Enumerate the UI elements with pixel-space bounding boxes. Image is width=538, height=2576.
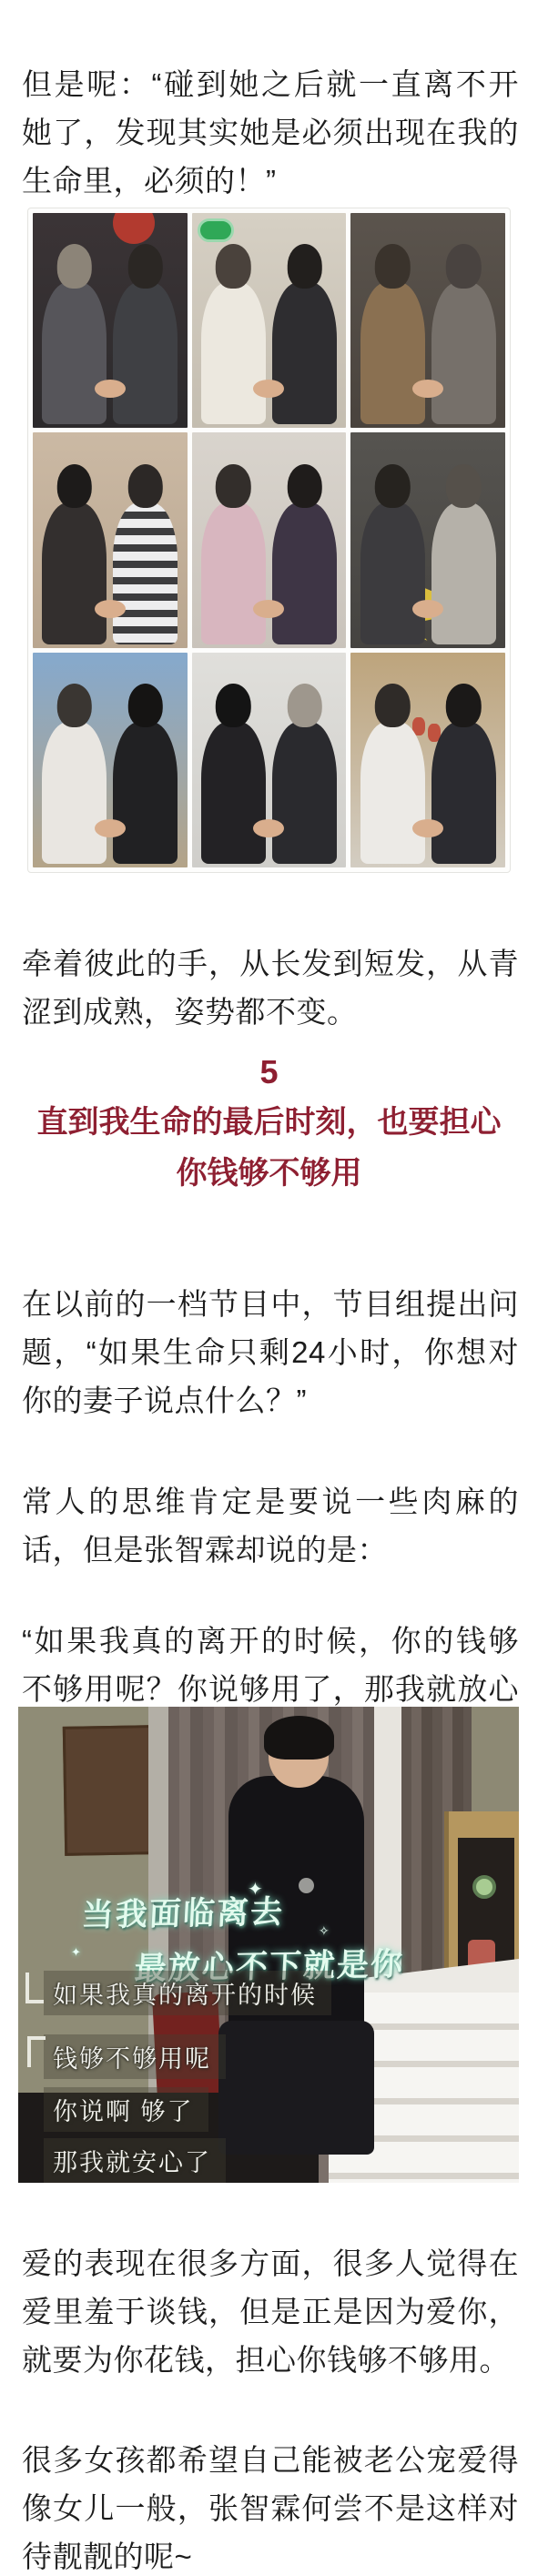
couple-photo-3 bbox=[350, 213, 505, 428]
person-silhouette bbox=[431, 722, 496, 864]
collage-grid bbox=[33, 213, 505, 867]
person-silhouette bbox=[360, 282, 425, 424]
couple-photo-4 bbox=[33, 432, 188, 647]
subtitle-line-3: 你说啊 够了 bbox=[44, 2087, 208, 2132]
couple-photo-1 bbox=[33, 213, 188, 428]
person-silhouette bbox=[431, 502, 496, 644]
person-head bbox=[446, 244, 481, 288]
person-silhouette bbox=[113, 722, 178, 864]
couple-photo-5 bbox=[192, 432, 347, 647]
person-silhouette bbox=[201, 722, 266, 864]
person-head bbox=[216, 244, 250, 288]
person-head bbox=[128, 684, 163, 727]
paragraph-1: 但是呢：“碰到她之后就一直离不开她了，发现其实她是必须出现在我的生命里，必须的！… bbox=[22, 60, 519, 205]
person-silhouette bbox=[201, 282, 266, 424]
subtitle-line-4: 那我就安心了 bbox=[44, 2138, 226, 2183]
photo-detail bbox=[113, 213, 155, 244]
person-head bbox=[287, 684, 321, 727]
man-hair bbox=[264, 1716, 334, 1759]
tv-screenshot-image[interactable]: 当我面临离去 最放心不下就是你 ✦ ✧ ✦ 如果我真的离开的时候 钱够不够用呢 … bbox=[18, 1707, 519, 2183]
held-hands bbox=[412, 600, 443, 618]
person-silhouette bbox=[431, 282, 496, 424]
paragraph-2: 牵着彼此的手，从长发到短发，从青涩到成熟，姿势都不变。 bbox=[22, 939, 519, 1036]
held-hands bbox=[95, 819, 126, 837]
article-page: 但是呢：“碰到她之后就一直离不开她了，发现其实她是必须出现在我的生命里，必须的！… bbox=[0, 0, 538, 2576]
person-head bbox=[446, 464, 481, 508]
person-head bbox=[128, 464, 163, 508]
person-silhouette bbox=[113, 502, 178, 644]
section-heading-line-2: 你钱够不够用 bbox=[27, 1148, 511, 1199]
held-hands bbox=[95, 600, 126, 618]
sparkle-icon: ✧ bbox=[319, 1923, 330, 1939]
held-hands bbox=[412, 819, 443, 837]
person-head bbox=[57, 684, 92, 727]
person-silhouette bbox=[360, 722, 425, 864]
sparkle-icon: ✦ bbox=[71, 1945, 81, 1960]
paragraph-3: 在以前的一档节目中，节目组提出问题，“如果生命只剩24小时，你想对你的妻子说点什… bbox=[22, 1280, 519, 1425]
photo-detail bbox=[198, 218, 234, 242]
person-silhouette bbox=[360, 502, 425, 644]
section-heading-line-1: 直到我生命的最后时刻，也要担心 bbox=[27, 1097, 511, 1148]
person-silhouette bbox=[201, 502, 266, 644]
person-head bbox=[57, 464, 92, 508]
held-hands bbox=[253, 600, 284, 618]
man-legs bbox=[218, 2021, 374, 2154]
person-head bbox=[216, 464, 250, 508]
person-head bbox=[375, 684, 410, 727]
person-silhouette bbox=[42, 502, 107, 644]
shelf-decor bbox=[472, 1875, 496, 1899]
person-head bbox=[287, 464, 321, 508]
person-head bbox=[287, 244, 321, 288]
person-head bbox=[57, 244, 92, 288]
section-number: 5 bbox=[0, 1053, 538, 1091]
held-hands bbox=[253, 380, 284, 398]
couple-photo-6 bbox=[350, 432, 505, 647]
couple-photo-9 bbox=[350, 653, 505, 867]
subtitle-line-1: 如果我真的离开的时候 bbox=[44, 1971, 331, 2015]
subtitle-line-2: 钱够不够用呢 bbox=[44, 2034, 226, 2079]
person-silhouette bbox=[113, 282, 178, 424]
person-head bbox=[375, 464, 410, 508]
couple-photo-7 bbox=[33, 653, 188, 867]
person-head bbox=[446, 684, 481, 727]
person-silhouette bbox=[42, 282, 107, 424]
wall-painting bbox=[62, 1725, 155, 1856]
couple-photo-8 bbox=[192, 653, 347, 867]
person-silhouette bbox=[42, 722, 107, 864]
held-hands bbox=[253, 819, 284, 837]
person-silhouette bbox=[272, 502, 337, 644]
couple-photo-2 bbox=[192, 213, 347, 428]
couples-collage-image[interactable] bbox=[27, 208, 511, 873]
paragraph-4: 常人的思维肯定是要说一些肉麻的话，但是张智霖却说的是： bbox=[22, 1477, 519, 1574]
person-silhouette bbox=[272, 722, 337, 864]
paragraph-7: 很多女孩都希望自己能被老公宠爱得像女儿一般，张智霖何尝不是这样对待靓靓的呢~ bbox=[22, 2436, 519, 2576]
person-silhouette bbox=[272, 282, 337, 424]
person-head bbox=[128, 244, 163, 288]
person-head bbox=[216, 684, 250, 727]
frame-bracket-icon bbox=[27, 2036, 46, 2067]
person-head bbox=[375, 244, 410, 288]
paragraph-6: 爱的表现在很多方面，很多人觉得在爱里羞于谈钱，但是正是因为爱你，就要为你花钱，担… bbox=[22, 2239, 519, 2384]
held-hands bbox=[412, 380, 443, 398]
sparkle-icon: ✦ bbox=[248, 1878, 263, 1901]
section-heading: 直到我生命的最后时刻，也要担心 你钱够不够用 bbox=[27, 1097, 511, 1199]
frame-bracket-icon bbox=[25, 1973, 44, 2003]
held-hands bbox=[95, 380, 126, 398]
